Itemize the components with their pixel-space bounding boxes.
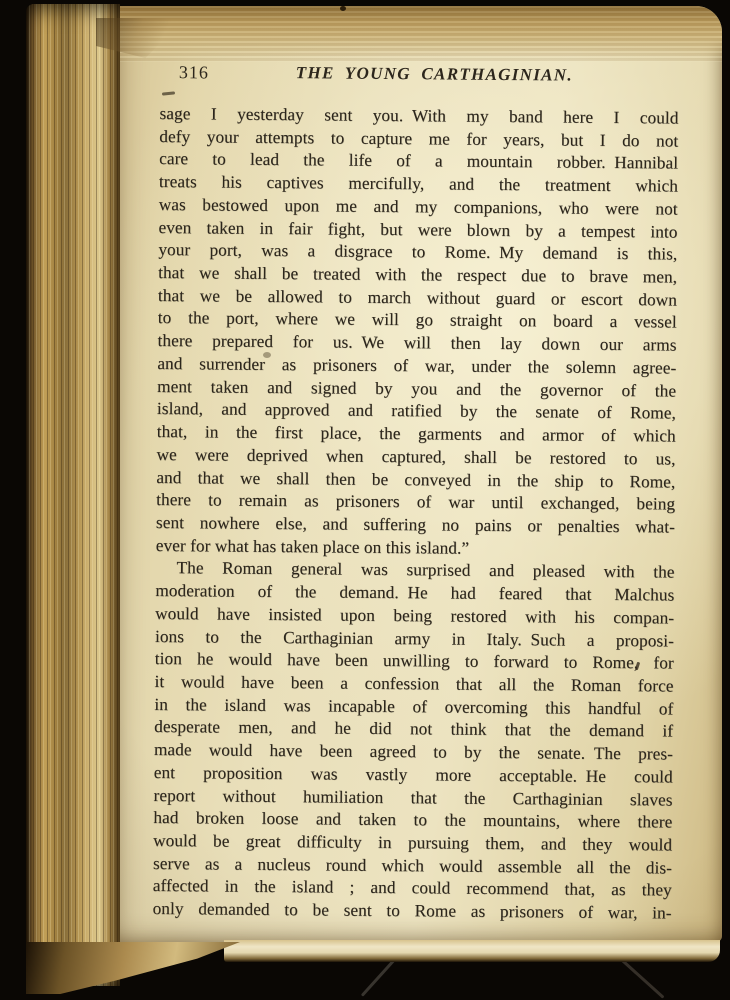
book-fore-edge-pages	[26, 4, 120, 986]
page-body: sage I yesterday sent you. With my band …	[153, 103, 679, 925]
page-number: 316	[179, 62, 209, 83]
page-header: 316 THE YOUNG CARTHAGINIAN.	[160, 62, 679, 88]
body-text-line: only demanded to be sent to Rome as pris…	[153, 898, 672, 925]
book-bottom-page-stack	[26, 942, 240, 994]
book-page: 316 THE YOUNG CARTHAGINIAN. sage I yeste…	[112, 6, 722, 942]
book-bottom-edge	[224, 940, 720, 962]
dust-speck	[340, 6, 346, 11]
book-top-edge	[112, 6, 722, 62]
ink-artifact-smudge	[263, 352, 271, 358]
running-title: THE YOUNG CARTHAGINIAN.	[160, 62, 679, 87]
book-scan-photo: 316 THE YOUNG CARTHAGINIAN. sage I yeste…	[0, 0, 730, 1000]
page-content: 316 THE YOUNG CARTHAGINIAN. sage I yeste…	[153, 62, 679, 925]
